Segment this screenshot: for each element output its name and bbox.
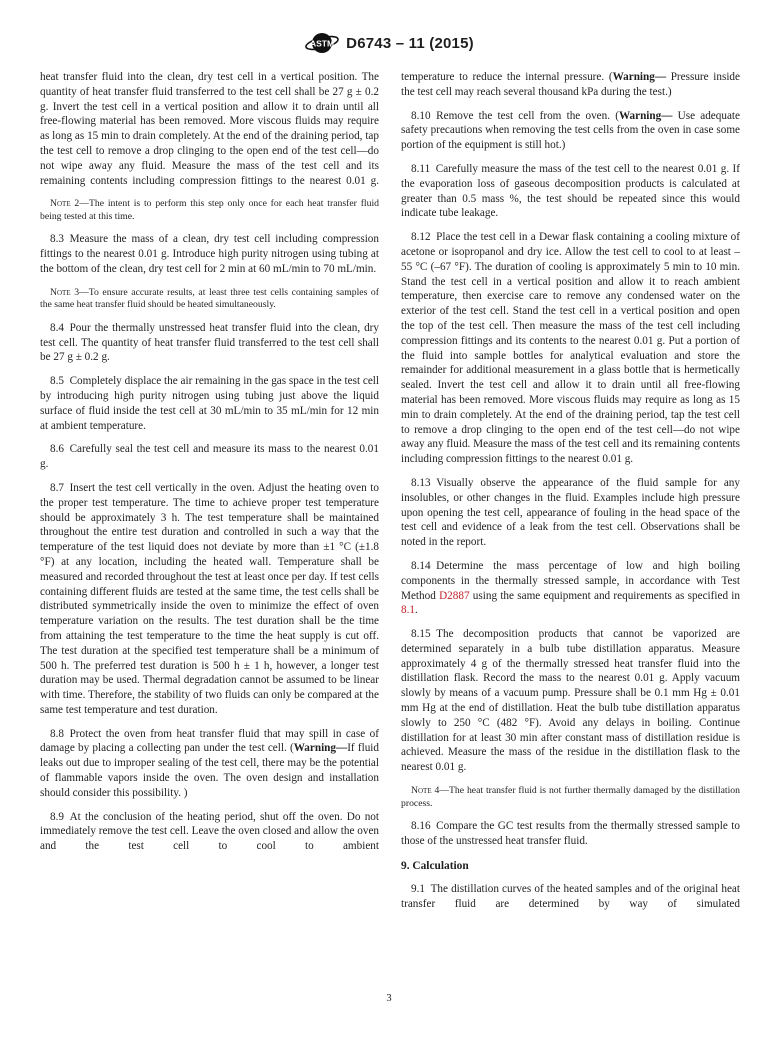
left-column: heat transfer fluid into the clean, dry … [40,70,379,912]
text-run: 8.5 Completely displace the air remainin… [40,375,379,431]
note-3: Note 3—To ensure accurate results, at le… [40,287,379,312]
paragraph-8-6: 8.6 Carefully seal the test cell and mea… [40,442,379,472]
paragraph-8-2-continuation: heat transfer fluid into the clean, dry … [40,70,379,188]
note-2: Note 2—The intent is to perform this ste… [40,198,379,223]
text-run: Note 2 [50,198,79,209]
paragraph-8-8: 8.8 Protect the oven from heat transfer … [40,727,379,801]
text-run: Note 3 [50,287,79,298]
note-4: Note 4—The heat transfer fluid is not fu… [401,785,740,810]
paragraph-8-15: 8.15 The decomposition products that can… [401,627,740,775]
paragraph-9-1: 9.1 The distillation curves of the heate… [401,882,740,912]
paragraph-8-12: 8.12 Place the test cell in a Dewar flas… [401,230,740,467]
text-run: heat transfer fluid into the clean, dry … [40,71,379,187]
paragraph-8-10: 8.10 Remove the test cell from the oven.… [401,109,740,153]
text-run: 8.16 Compare the GC test results from th… [401,820,740,847]
document-link[interactable]: 8.1 [401,604,415,616]
text-run: 8.4 Pour the thermally unstressed heat t… [40,322,379,364]
paragraph-8-4: 8.4 Pour the thermally unstressed heat t… [40,321,379,365]
text-run: 8.6 Carefully seal the test cell and mea… [40,443,379,470]
paragraph-8-9: 8.9 At the conclusion of the heating per… [40,810,379,854]
text-run: Warning— [619,110,672,122]
paragraph-8-14: 8.14 Determine the mass percentage of lo… [401,559,740,618]
text-run: Note 4 [411,785,439,796]
text-run: 8.7 Insert the test cell vertically in t… [40,482,379,716]
document-link[interactable]: D2887 [439,590,469,602]
standard-designation: D6743 – 11 (2015) [346,35,474,52]
svg-text:ASTM: ASTM [310,39,334,49]
text-run: 8.3 Measure the mass of a clean, dry tes… [40,233,379,275]
text-run: . [415,604,418,616]
text-run: 8.11 Carefully measure the mass of the t… [401,163,740,219]
two-column-body: heat transfer fluid into the clean, dry … [40,70,740,912]
document-page: ASTM D6743 – 11 (2015) heat transfer flu… [0,0,778,1041]
paragraph-8-7: 8.7 Insert the test cell vertically in t… [40,481,379,718]
paragraph-8-5: 8.5 Completely displace the air remainin… [40,374,379,433]
paragraph-8-16: 8.16 Compare the GC test results from th… [401,819,740,849]
paragraph-8-9-continuation: temperature to reduce the internal press… [401,70,740,100]
astm-logo-icon: ASTM [304,30,340,56]
section-heading-9-calculation: 9. Calculation [401,859,740,874]
paragraph-8-13: 8.13 Visually observe the appearance of … [401,476,740,550]
text-run: —To ensure accurate results, at least th… [40,287,379,311]
text-run: 9.1 The distillation curves of the heate… [401,883,740,910]
text-run: 9. Calculation [401,860,469,872]
page-number: 3 [386,993,391,1004]
text-run: Warning— [294,742,347,754]
page-footer: 3 [0,993,778,1004]
text-run: 8.12 Place the test cell in a Dewar flas… [401,231,740,465]
paragraph-8-3: 8.3 Measure the mass of a clean, dry tes… [40,232,379,276]
text-run: 8.13 Visually observe the appearance of … [401,477,740,548]
text-run: 8.15 The decomposition products that can… [401,628,740,773]
text-run: 8.10 Remove the test cell from the oven.… [411,110,619,122]
text-run: 8.9 At the conclusion of the heating per… [40,811,379,853]
paragraph-8-11: 8.11 Carefully measure the mass of the t… [401,162,740,221]
text-run: —The intent is to perform this step only… [40,198,379,222]
text-run: using the same equipment and requirement… [470,590,740,602]
document-header: ASTM D6743 – 11 (2015) [0,30,778,56]
text-run: —The heat transfer fluid is not further … [401,785,740,809]
text-run: temperature to reduce the internal press… [401,71,613,83]
text-run: Warning— [613,71,666,83]
right-column: temperature to reduce the internal press… [401,70,740,912]
